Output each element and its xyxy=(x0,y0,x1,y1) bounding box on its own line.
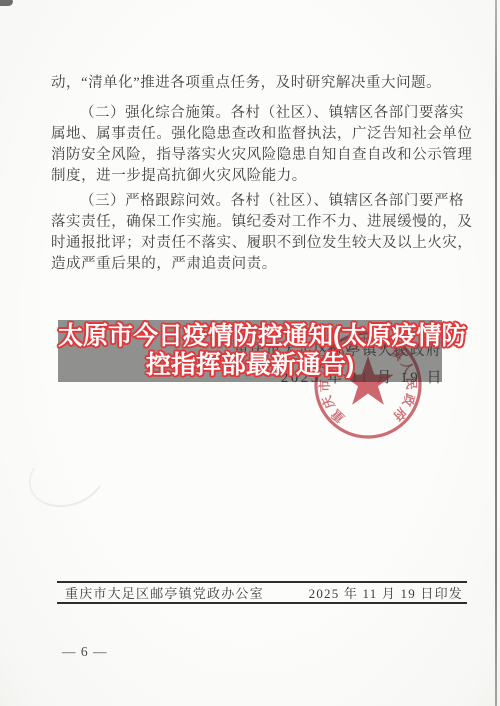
body-line: 消防安全风险，指导落实火灾风险隐患自知自查自改和公示管理 xyxy=(51,145,447,166)
overlay-title-line2: 控指挥部最新通告) xyxy=(58,351,442,380)
document-body-text: 动，“清单化”推进各项重点任务，及时研究解决重大问题。 （二）强化综合施策。各村… xyxy=(51,73,447,275)
footer-office: 重庆市大足区邮亭镇党政办公室 xyxy=(65,583,264,602)
body-line: 动，“清单化”推进各项重点任务，及时研究解决重大问题。 xyxy=(51,73,447,94)
watermark-title-overlay: 太原市今日疫情防控通知(太原疫情防 控指挥部最新通告) xyxy=(58,320,442,382)
scan-corner-artifact xyxy=(0,0,13,6)
footer-print-date: 2025 年 11 月 19 日印发 xyxy=(309,583,463,602)
body-line: （三）严格跟踪问效。各村（社区）、镇辖区各部门要严格 xyxy=(51,191,447,212)
body-line: （二）强化综合施策。各村（社区）、镇辖区各部门要落实 xyxy=(51,103,447,124)
overlay-title-line1: 太原市今日疫情防控通知(太原疫情防 xyxy=(58,322,442,351)
paper-crease-mark xyxy=(21,437,113,516)
body-line: 制度，进一步提高抗御火灾风险能力。 xyxy=(51,166,447,187)
document-footer: 重庆市大足区邮亭镇党政办公室 2025 年 11 月 19 日印发 xyxy=(57,581,467,604)
scanned-document-page: 动，“清单化”推进各项重点任务，及时研究解决重大问题。 （二）强化综合施策。各村… xyxy=(0,0,500,706)
body-line: 落实责任，确保工作实施。镇纪委对工作不力、进展缓慢的，及 xyxy=(51,212,447,233)
body-line: 时通报批评；对责任不落实、履职不到位发生较大及以上火灾， xyxy=(51,233,447,254)
page-number: — 6 — xyxy=(62,644,108,660)
body-line: 属地、属事责任。强化隐患查改和监督执法，广泛告知社会单位 xyxy=(51,124,447,145)
scan-edge-line xyxy=(495,0,497,706)
body-line: 造成严重后果的，严肃追责问责。 xyxy=(51,254,447,275)
